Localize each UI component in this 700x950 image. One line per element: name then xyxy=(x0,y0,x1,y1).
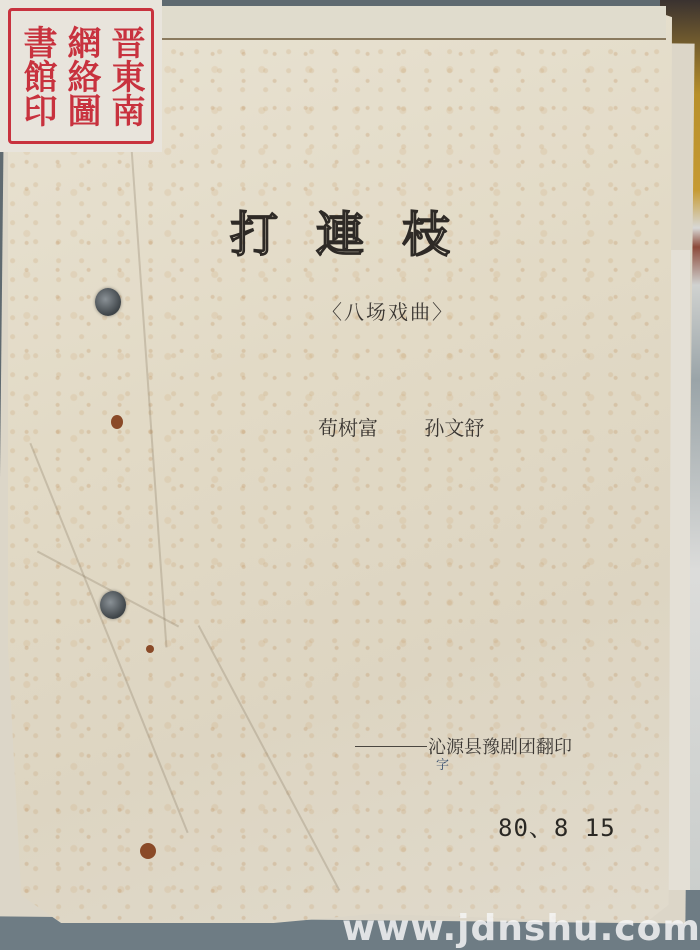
printer-line: 沁源县豫剧团翻印 xyxy=(428,733,572,759)
printer-note: 字 xyxy=(436,754,449,773)
stain xyxy=(140,843,156,859)
stain xyxy=(111,415,123,429)
binding-hole xyxy=(100,591,126,619)
printer-dash xyxy=(355,746,427,747)
seal-text: 晋東南 xyxy=(108,25,142,127)
watermark: www.jdnshu.com xyxy=(342,908,700,949)
seal-column: 晋東南 xyxy=(108,15,142,137)
stain xyxy=(146,645,154,653)
binding-hole xyxy=(95,288,121,316)
top-flap xyxy=(150,6,666,40)
print-date: 80、8 15 xyxy=(498,808,616,843)
document-authors: 荀树富 孙文舒 xyxy=(318,412,484,441)
library-seal: 晋東南 網絡圖 書館印 xyxy=(0,0,162,152)
seal-border: 晋東南 網絡圖 書館印 xyxy=(8,8,154,144)
seal-column: 網絡圖 xyxy=(64,15,98,137)
seal-column: 書館印 xyxy=(20,15,54,137)
crease xyxy=(131,149,168,648)
seal-text: 書館印 xyxy=(20,25,54,127)
seal-text: 網絡圖 xyxy=(64,25,98,127)
crease xyxy=(198,625,341,891)
document-title: 打連枝 xyxy=(230,196,488,265)
document-subtitle: 〈八场戏曲〉 xyxy=(322,296,454,325)
